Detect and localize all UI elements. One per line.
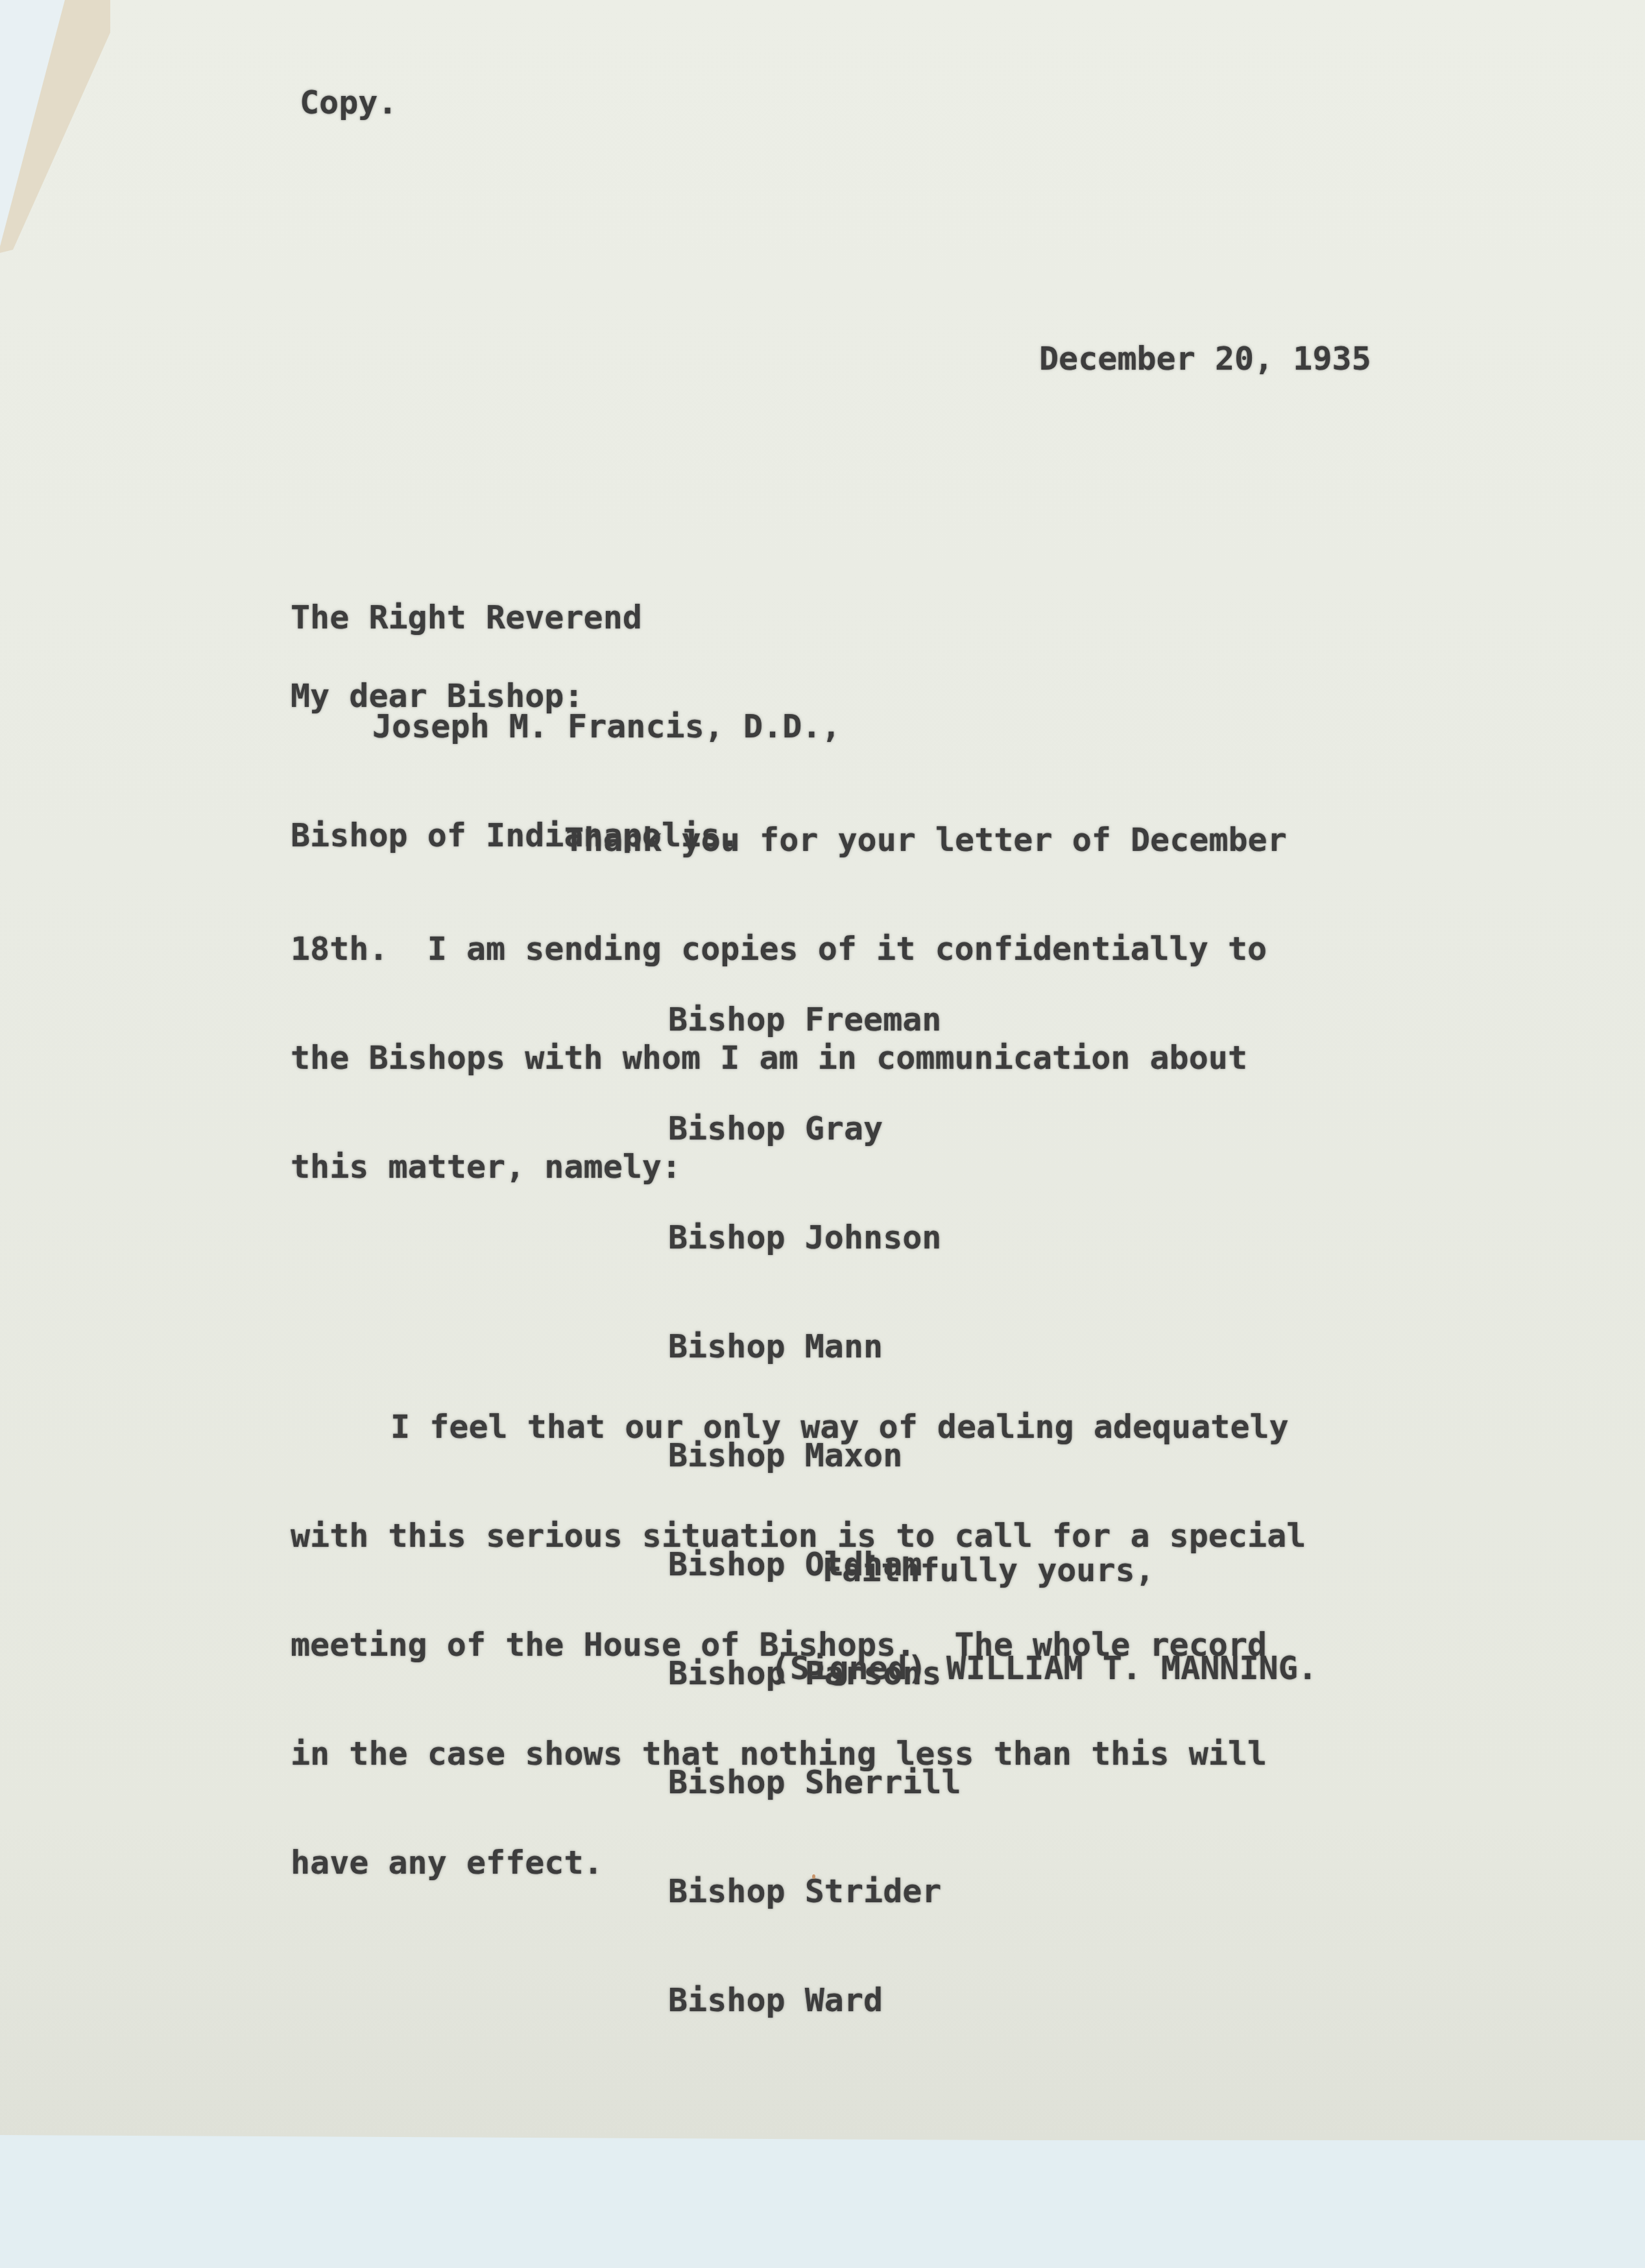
paragraph-2-line: have any effect.: [291, 1844, 1306, 1881]
bishop-list-item: Bishop Freeman: [668, 1001, 961, 1038]
bishop-list-item: Bishop Johnson: [668, 1219, 961, 1256]
paragraph-2-line: with this serious situation is to call f…: [291, 1518, 1306, 1554]
addressee-title: The Right Reverend: [291, 599, 841, 636]
closing: Faithfully yours,: [822, 1552, 1155, 1588]
salutation: My dear Bishop:: [291, 678, 584, 714]
paragraph-2: I feel that our only way of dealing adeq…: [291, 1336, 1306, 1917]
paragraph-2-line: I feel that our only way of dealing adeq…: [291, 1409, 1306, 1445]
bishop-list-item: Bishop Ward: [668, 1982, 961, 2018]
paper-speck: [812, 1874, 815, 1879]
paragraph-1-line: Thank you for your letter of December: [291, 822, 1287, 858]
signature: (Signed) WILLIAM T. MANNING.: [771, 1650, 1317, 1686]
letter-date: December 20, 1935: [1039, 340, 1371, 377]
bishop-list-item: Bishop Gray: [668, 1110, 961, 1147]
paragraph-2-line: in the case shows that nothing less than…: [291, 1736, 1306, 1772]
copy-mark: Copy.: [300, 84, 398, 121]
